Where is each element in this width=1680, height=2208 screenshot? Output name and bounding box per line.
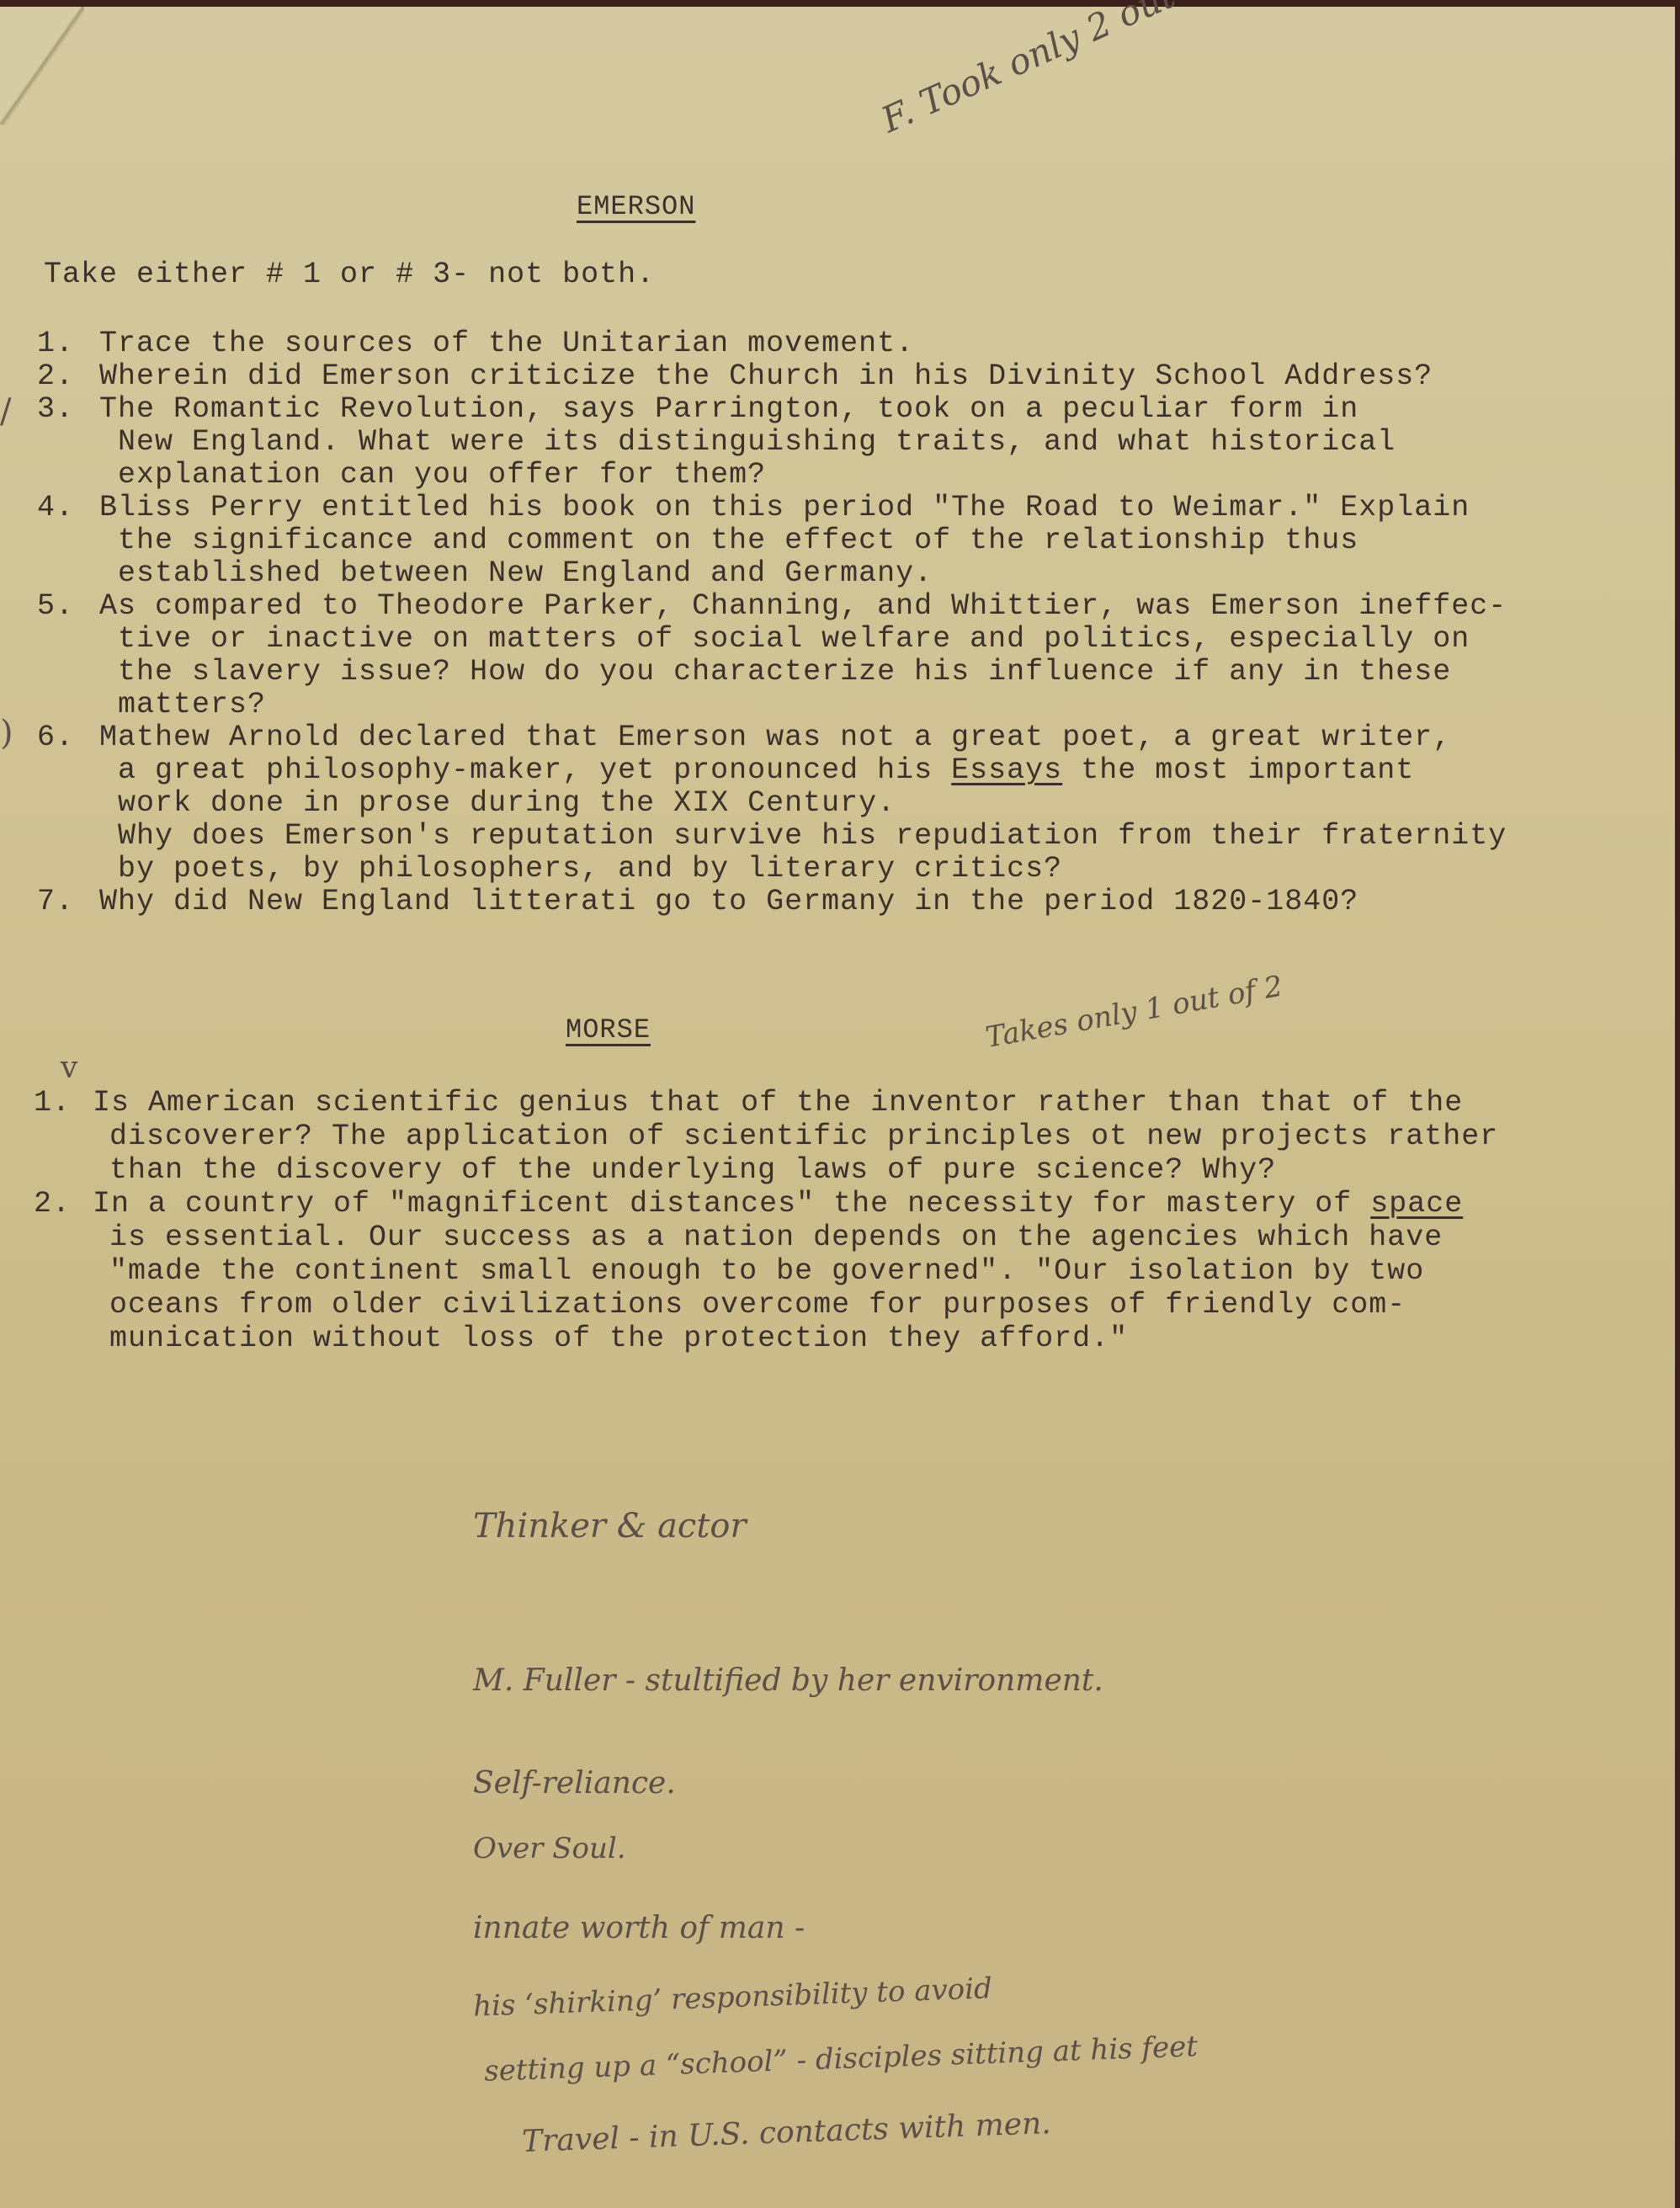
question-line: matters? [118,688,266,721]
question-line: the significance and comment on the effe… [118,524,1358,557]
question-line: munication without loss of the protectio… [109,1322,1128,1355]
question-line: tive or inactive on matters of social we… [118,622,1470,656]
question-line: In a country of "magnificent distances" … [93,1187,1463,1221]
question-number: 6. [37,721,74,754]
question-line: by poets, by philosophers, and by litera… [118,852,1062,886]
note-line: Thinker & actor [473,1507,747,1546]
question-number: 5. [37,589,74,623]
question-line: oceans from older civilizations overcome… [109,1288,1406,1322]
question-line: "made the continent small enough to be g… [109,1254,1424,1288]
note-line: innate worth of man - [473,1911,805,1945]
check-mark-q3: / [0,392,11,431]
question-number: 4. [37,491,74,524]
question-line: Why did New England litterati go to Germ… [99,885,1358,918]
question-line: explanation can you offer for them? [118,458,766,492]
question-number: 2. [37,359,74,393]
question-line: a great philosophy-maker, yet pronounced… [118,753,1414,787]
note-line: his ‘shirking’ responsibility to avoid [472,1971,992,2024]
question-number: 7. [37,885,74,918]
document-page: F. Took only 2 out of 5 EMERSON Take eit… [0,7,1675,2208]
bracket-q6: ) [0,714,13,753]
note-line: Self-reliance. [473,1766,676,1801]
background-edge [80,0,1672,7]
question-line: the slavery issue? How do you characteri… [118,655,1451,689]
question-line: Mathew Arnold declared that Emerson was … [99,721,1451,754]
question-line: than the discovery of the underlying law… [109,1153,1276,1187]
question-line: Is American scientific genius that of th… [93,1086,1463,1120]
question-line: Bliss Perry entitled his book on this pe… [99,491,1470,524]
morse-annotation: Takes only 1 out of 2 [983,970,1285,1055]
emerson-heading: EMERSON [577,190,695,224]
morse-heading: MORSE [566,1014,651,1047]
question-line: Wherein did Emerson criticize the Church… [99,359,1433,393]
note-line: Over Soul. [473,1832,626,1865]
question-line: discoverer? The application of scientifi… [109,1120,1498,1153]
question-line: New England. What were its distinguishin… [118,425,1396,459]
question-line: established between New England and Germ… [118,556,933,590]
question-number: 2. [34,1187,71,1221]
question-line: work done in prose during the XIX Centur… [118,786,896,820]
emerson-annotation: F. Took only 2 out of 5 [875,0,1253,141]
question-number: 3. [37,392,74,426]
question-line: Trace the sources of the Unitarian movem… [99,327,914,360]
check-mark-morse-q1: v [61,1051,77,1085]
note-line: M. Fuller - stultified by her environmen… [473,1663,1103,1698]
question-line: As compared to Theodore Parker, Channing… [99,589,1507,623]
question-line: Why does Emerson's reputation survive hi… [118,819,1507,853]
question-line: The Romantic Revolution, says Parrington… [99,392,1358,426]
question-line: is essential. Our success as a nation de… [109,1221,1443,1254]
note-line: Travel - in U.S. contacts with men. [521,2106,1051,2159]
question-number: 1. [34,1086,71,1120]
note-line: setting up a “school” - disciples sittin… [484,2030,1199,2088]
emerson-instruction: Take either # 1 or # 3- not both. [44,258,655,291]
question-number: 1. [37,327,74,360]
